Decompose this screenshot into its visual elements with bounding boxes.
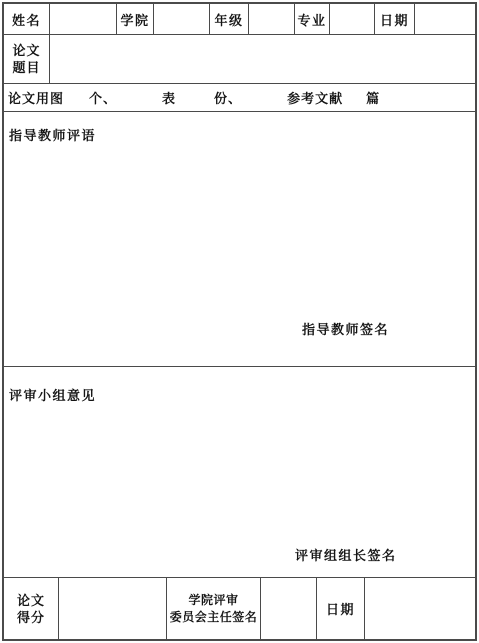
references-label: 参考文献 [287, 88, 343, 107]
name-label: 姓名 [12, 10, 41, 29]
review-leader-signature-label: 评审组组长签名 [295, 545, 397, 564]
score-label-cell: 论文 得分 [4, 578, 59, 639]
major-label-cell: 专业 [295, 4, 330, 34]
advisor-signature-label: 指导教师签名 [302, 319, 389, 338]
date-value-cell [415, 4, 475, 34]
date-label-cell: 日期 [375, 4, 415, 34]
college-value-cell [154, 4, 210, 34]
advisor-comments-area [4, 152, 475, 326]
figures-unit-ge: 个、 [89, 88, 117, 107]
committee-signature-value-cell [261, 578, 317, 639]
tables-label: 表 [162, 88, 176, 107]
thesis-title-label-cell: 论文 题目 [4, 35, 50, 83]
name-value-cell [50, 4, 117, 34]
thesis-review-form-page: 姓名 学院 年级 专业 日期 [0, 0, 479, 643]
review-group-label: 评审小组意见 [9, 388, 96, 403]
committee-signature-label: 学院评审 委员会主任签名 [170, 592, 258, 626]
grade-label-cell: 年级 [210, 4, 249, 34]
review-group-comments-area [4, 407, 475, 537]
score-label: 论文 得分 [17, 592, 45, 626]
advisor-comments-section: 指导教师评语 指导教师签名 [4, 112, 475, 367]
advisor-comments-label: 指导教师评语 [9, 128, 96, 143]
thesis-title-value-cell [50, 35, 475, 83]
grade-value-cell [249, 4, 295, 34]
score-value-cell [59, 578, 167, 639]
grade-label: 年级 [214, 10, 243, 29]
figures-row: 论文用图 个、 表 份、 参考文献 篇 [4, 84, 475, 112]
thesis-title-label: 论文 题目 [12, 42, 40, 76]
figures-cell: 论文用图 个、 表 份、 参考文献 篇 [4, 84, 475, 111]
bottom-date-label: 日期 [326, 599, 355, 618]
references-unit-pian: 篇 [366, 88, 380, 107]
college-label-cell: 学院 [117, 4, 154, 34]
committee-signature-label-cell: 学院评审 委员会主任签名 [167, 578, 261, 639]
bottom-date-value-cell [365, 578, 475, 639]
major-label: 专业 [297, 10, 326, 29]
tables-unit-fen: 份、 [214, 88, 242, 107]
bottom-date-label-cell: 日期 [317, 578, 365, 639]
figures-label: 论文用图 [8, 88, 64, 107]
review-group-section: 评审小组意见 评审组组长签名 [4, 367, 475, 578]
date-label: 日期 [380, 10, 409, 29]
thesis-title-row: 论文 题目 [4, 35, 475, 84]
review-form-table: 姓名 学院 年级 专业 日期 [2, 2, 477, 641]
header-row: 姓名 学院 年级 专业 日期 [4, 4, 475, 35]
major-value-cell [330, 4, 375, 34]
college-label: 学院 [120, 10, 149, 29]
name-label-cell: 姓名 [4, 4, 50, 34]
score-row: 论文 得分 学院评审 委员会主任签名 日期 [4, 578, 475, 639]
